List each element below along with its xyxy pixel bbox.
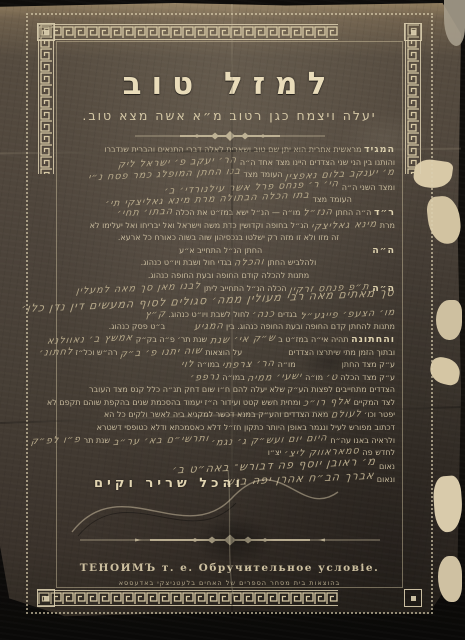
body-line: ע״ק מצד הכלה ט׳ מו״ה ישעי׳ ממיה במו״ה נר… <box>62 372 395 385</box>
handwritten-text: ק״ץ <box>144 308 167 322</box>
meander-border-left <box>38 24 54 174</box>
handwritten-text: לחתונ׳ <box>38 346 74 360</box>
catchword: והחתונה <box>351 334 395 345</box>
printed-text: והותנו בין הני שני הצדדים היינו מצד אחד … <box>240 158 395 167</box>
catchword: ר״ד <box>374 207 395 218</box>
frame-corner <box>404 589 422 607</box>
printed-text: לצד המקיים <box>354 398 395 407</box>
printed-text: שנת תר <box>84 436 110 445</box>
frame-corner <box>37 23 55 41</box>
printed-text: שנת תר׳ פ״ה בק״ק <box>136 335 207 344</box>
body-line: דכתוב מפורש לעיל ונגמר באופן היותר כתקון… <box>62 422 395 435</box>
printed-text: העומד מצד <box>313 195 352 204</box>
contract-body-text: המגיד מראשית אחרית הוא יתן שם טוב ושארית… <box>62 144 395 487</box>
handwritten-text: לעולם <box>330 409 362 423</box>
printed-text: מתנות להכלה קודם החופה ובעת החופה כנהוג. <box>148 271 309 280</box>
printed-text: תהיה אי״ה במז״ט ב <box>278 335 348 344</box>
handwritten-text: ט׳ <box>325 371 339 384</box>
document-subtitle: יעלה ויצמח כגן רטוב מ״א אשה מצא טוב. <box>58 108 401 123</box>
body-line: הצדדים מתחייבים לפצות הע״ק שלא יעלה להם … <box>62 384 395 397</box>
printed-text: מראשית אחרית הוא יתן שם טוב ושארית לאלה … <box>104 145 361 154</box>
printed-text: ע״ק מצד הכלה <box>340 373 395 382</box>
printed-text: יפטר וכו׳ <box>364 410 395 419</box>
printed-text: החתן הנ״ל התחייב א״ע <box>179 246 262 255</box>
handwritten-text: ישעי׳ ממיה <box>247 370 304 385</box>
printed-text: יצ״ו <box>268 448 282 457</box>
meander-border-top <box>38 24 338 40</box>
handwritten-text: ש״ק אי׳ שנת <box>209 332 276 348</box>
printed-text: ונאום <box>377 475 395 484</box>
printed-text: במו״ה <box>197 360 220 369</box>
document-content: למזל טוב יעלה ויצמח כגן רטוב מ״א אשה מצא… <box>58 44 401 586</box>
handwritten-text: המגיע <box>193 321 224 335</box>
body-line: ע״ק מצד החתןמו״ה הר׳ צרפתי במו״ה לוי <box>62 359 395 372</box>
printed-text: מתנות להחתן קדם החופה ובעת החופה כנהוג. … <box>226 322 395 331</box>
handwritten-text: נרפפ׳ <box>189 371 221 385</box>
printed-text: מאת הצדדים והע״ק במנא דכשר למקניא ביה לא… <box>104 410 328 419</box>
printed-text: ולהלביש החתן <box>267 258 316 267</box>
handwritten-text: והכלה <box>234 257 266 271</box>
footer-russian-caption: ТЕНОИМЪ т. е. Обручительное условіе. <box>58 562 401 574</box>
handwritten-text: כנה׳ <box>251 308 276 322</box>
printed-text: לחול לשבת ויו״ט כנהוג. <box>168 310 249 319</box>
printed-text: ב״ט פסק כנהוג. <box>109 322 166 331</box>
printed-text: נאום <box>379 462 395 471</box>
footer-publisher-line: בהוצאות בית מסחר הספרים של האחים בלעטניצ… <box>58 579 401 587</box>
body-line: ובתוך הזמן מתי שיתרצו הצדדיםעל הוצאות שו… <box>62 347 395 360</box>
printed-text: ולראיה באנו עה״ח <box>330 436 395 445</box>
body-line: העומד מצד בתו הכלה הבתולה מרת מינא גאליצ… <box>62 194 395 207</box>
meander-border-right <box>405 24 421 174</box>
printed-text: דכתוב מפורש לעיל ונגמר באופן היותר כתקון… <box>97 423 395 432</box>
handwritten-text: לוי <box>181 359 196 372</box>
printed-text: ה״ה החתן <box>335 208 371 217</box>
divider-ornament-bottom <box>58 534 401 546</box>
handwritten-text: ותרשי״ם בא׳ ער״ב <box>112 433 210 450</box>
body-line: זה מזו ולא זו מזה רק ישלטו בנכסיהון שוה … <box>62 232 395 245</box>
printed-text: ומצד השני ה״ה <box>342 183 395 192</box>
body-line: ה״ההחתן הנ״ל התחייב א״ע <box>62 245 395 258</box>
meander-border-bottom <box>38 590 338 606</box>
handwritten-text: הבתו׳ תחי׳ <box>116 206 174 221</box>
frame-corner <box>37 589 55 607</box>
printed-text: העומד מצד <box>243 170 282 179</box>
printed-text: ובתוך הזמן מתי שיתרצו הצדדים <box>288 348 395 357</box>
body-line: סך מאתים מאה רבי מעולין ממה׳ סגולים לסוף… <box>62 295 395 309</box>
frame-corner <box>404 23 422 41</box>
catchword: המגיד <box>364 144 395 155</box>
printed-text: מו״ה <box>278 360 296 369</box>
handwritten-text: הנז״ל <box>302 206 333 220</box>
printed-text: ע״ק מצד החתן <box>342 360 395 369</box>
printed-text: בגדים <box>278 310 297 319</box>
catchword: ה״ה <box>372 245 395 256</box>
body-line: לצד המקיים אלף רו״כ ומחית חשש קטט ועידור… <box>62 397 395 410</box>
printed-text: הנ״ל בחופה וקדושין כדת משה וישראל ואל יב… <box>90 221 309 230</box>
printed-text: במו״ה <box>222 373 245 382</box>
printed-text: זה מזו ולא זו מזה רק ישלטו בנכסיהון שוה … <box>118 233 339 242</box>
closing-phrase: והכל שריר וקים <box>94 476 244 491</box>
body-line: ולהלביש החתן והכלה בגדי חול ושבת ויו״ט כ… <box>62 257 395 270</box>
body-line: מרת מינא גאליצקי הנ״ל בחופה וקדושין כדת … <box>62 220 395 233</box>
printed-text: על הוצאות <box>205 348 242 357</box>
handwritten-text: הר׳ צרפתי <box>221 358 275 373</box>
printed-text: מו״ה — הנ״ל ישא במז״ט את הכלה <box>175 208 300 217</box>
printed-text: רה״ש וכל״ז <box>76 348 118 357</box>
document-title: למזל טוב <box>58 66 401 102</box>
printed-text: בגדי חול ושבת ויו״ט כנהוג. <box>141 258 232 267</box>
body-line: מתנות להכלה קודם החופה ובעת החופה כנהוג. <box>62 270 395 283</box>
printed-text: מו״ה <box>305 373 323 382</box>
body-line: והחתונה תהיה אי״ה במז״ט ב ש״ק אי׳ שנת שנ… <box>62 334 395 347</box>
divider-ornament-top <box>58 130 401 142</box>
printed-text: ומחית חשש קטט ועידור ה״ז יעמוד בהסכמת שנ… <box>47 398 301 407</box>
body-line: מ׳ יענקב בלום נאפצין העומד מצד בנו החתן … <box>62 169 395 182</box>
printed-text: הצדדים מתחייבים לפצות הע״ק שלא יעלה להם … <box>89 385 395 394</box>
handwritten-text: מינא גאליצקי <box>310 218 378 234</box>
handwritten-text: פ״ו לפ״ק <box>30 434 81 449</box>
body-line: יפטר וכו׳ לעולם מאת הצדדים והע״ק במנא דכ… <box>62 409 395 422</box>
printed-text: מרת <box>380 221 395 230</box>
